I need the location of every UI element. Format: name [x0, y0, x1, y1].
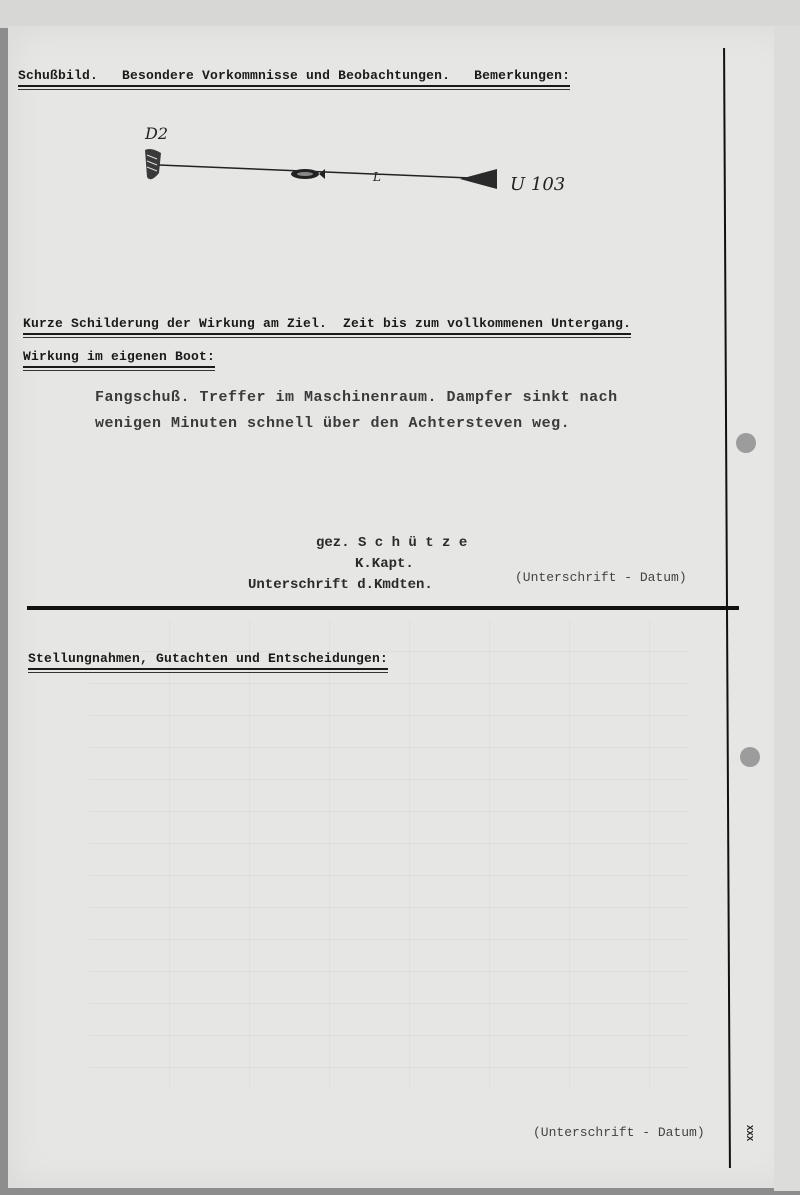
sketch-label-uboat: U 103	[510, 174, 565, 195]
sketch-label-target: D2	[144, 124, 168, 143]
heading-part-vorkommnisse: Besondere Vorkommnisse und Beobachtungen…	[122, 68, 450, 83]
sketch-mark: L	[372, 170, 381, 184]
scan-top-edge	[0, 0, 800, 28]
torpedo-track-sketch: D2 L U 103	[135, 115, 585, 205]
heading-underline-thin	[23, 337, 631, 338]
heading-underline	[23, 333, 631, 335]
report-line: Fangschuß. Treffer im Maschinenraum. Dam…	[95, 385, 618, 411]
section-heading-schussbild: Schußbild. Besondere Vorkommnisse und Be…	[18, 68, 570, 83]
heading-underline-thin	[28, 672, 388, 673]
heading-underline	[18, 85, 570, 87]
section-heading-stellungnahmen: Stellungnahmen, Gutachten und Entscheidu…	[28, 651, 388, 666]
heading-underline-thin	[23, 370, 215, 371]
signature-date-caption: (Unterschrift - Datum)	[515, 570, 687, 585]
signature-name: gez. S c h ü t z e	[316, 535, 467, 551]
target-ship-icon	[145, 149, 161, 179]
punch-hole	[740, 747, 760, 767]
uboat-icon	[460, 169, 497, 189]
heading-underline-thin	[18, 89, 570, 90]
heading-text: Stellungnahmen, Gutachten und Entscheidu…	[28, 651, 388, 666]
punch-hole	[736, 433, 756, 453]
heading-text: Kurze Schilderung der Wirkung am Ziel. Z…	[23, 316, 631, 331]
section-divider	[27, 606, 739, 610]
heading-part-bemerkungen: Bemerkungen:	[474, 68, 570, 83]
heading-text: Wirkung im eigenen Boot:	[23, 349, 215, 364]
section-heading-eigenes-boot: Wirkung im eigenen Boot:	[23, 349, 215, 364]
heading-underline	[28, 668, 388, 670]
scan-right-edge	[774, 26, 800, 1191]
heading-part-schussbild: Schußbild.	[18, 68, 98, 83]
footer-signature-caption: (Unterschrift - Datum)	[533, 1125, 705, 1140]
report-body: Fangschuß. Treffer im Maschinenraum. Dam…	[95, 385, 618, 437]
signature-caption-commander: Unterschrift d.Kmdten.	[248, 577, 433, 593]
section-heading-wirkung-am-ziel: Kurze Schilderung der Wirkung am Ziel. Z…	[23, 316, 631, 331]
side-mark: XXX	[744, 1125, 754, 1141]
signature-rank: K.Kapt.	[355, 556, 414, 572]
heading-underline	[23, 366, 215, 368]
report-line: wenigen Minuten schnell über den Achters…	[95, 411, 618, 437]
